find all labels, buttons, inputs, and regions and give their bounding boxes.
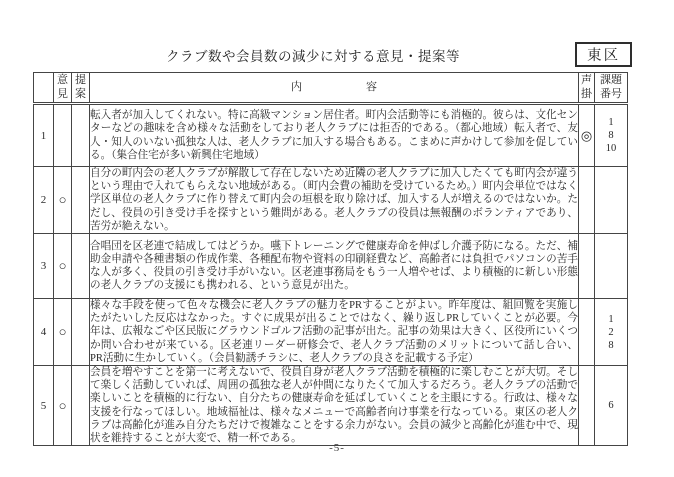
opinion-mark-cell: ○ [54,299,72,366]
row-number-cell: 4 [34,299,54,366]
proposal-mark-cell [72,299,90,366]
koekake-mark-cell: ◎ [579,104,595,167]
issue-number-cell: 1 8 10 [595,104,628,167]
document-page: { "page": { "title": "クラブ数や会員数の減少に対する意見・… [0,0,674,477]
col-header-issue-number: 課題番号 [595,73,628,104]
proposal-mark-cell [72,234,90,299]
col-header-content-label: 内容 [227,81,441,94]
content-cell: 会員を増やすことを第一に考えないで、役員自身が老人クラブ活動を積極的に楽しむこと… [90,366,579,446]
col-header-issue-number-label: 課題番号 [599,74,622,100]
proposal-mark-cell [72,167,90,234]
table-row: 1 転入者が加入してくれない。特に高級マンション居住者。町内会活動等にも消極的。… [34,104,628,167]
issue-number-cell: 1 2 8 [595,299,628,366]
header-row: 意見 提案 内容 声掛 課題番号 [34,73,628,104]
row-number-cell: 5 [34,366,54,446]
col-header-koekake-label: 声掛 [581,74,593,100]
table-row: 3 ○ 合唱団を区老連で結成してはどうか。嚥下トレーニングで健康寿命を伸ばし介護… [34,234,628,299]
row-number-cell: 1 [34,104,54,167]
proposal-mark-cell [72,366,90,446]
row-number-cell: 2 [34,167,54,234]
page-number: -5- [0,442,674,454]
content-cell: 転入者が加入してくれない。特に高級マンション居住者。町内会活動等にも消極的。彼ら… [90,104,579,167]
koekake-mark-cell [579,299,595,366]
issue-number-cell [595,234,628,299]
table-row: 4 ○ 様々な手段を使って色々な機会に老人クラブの魅力をPRすることがよい。昨年… [34,299,628,366]
ward-label-box: 東区 [575,42,632,67]
content-cell: 自分の町内会の老人クラブが解散して存在しないため近隣の老人クラブに加入したくても… [90,167,579,234]
table-row: 2 ○ 自分の町内会の老人クラブが解散して存在しないため近隣の老人クラブに加入し… [34,167,628,234]
issue-number-cell [595,167,628,234]
row-number-cell: 3 [34,234,54,299]
koekake-mark-cell [579,167,595,234]
opinions-table: 意見 提案 内容 声掛 課題番号 1 転入者が加入してくれない。特に高級マンショ… [33,72,628,446]
col-header-proposal: 提案 [72,73,90,104]
opinion-mark-cell [54,104,72,167]
proposal-mark-cell [72,104,90,167]
table-row: 5 ○ 会員を増やすことを第一に考えないで、役員自身が老人クラブ活動を積極的に楽… [34,366,628,446]
opinion-mark-cell: ○ [54,366,72,446]
koekake-mark-cell [579,234,595,299]
opinion-mark-cell: ○ [54,234,72,299]
page-title: クラブ数や会員数の減少に対する意見・提案等 [33,45,593,65]
col-header-proposal-label: 提案 [75,74,87,100]
content-cell: 合唱団を区老連で結成してはどうか。嚥下トレーニングで健康寿命を伸ばし介護予防にな… [90,234,579,299]
col-header-opinion-label: 意見 [57,74,69,100]
opinion-mark-cell: ○ [54,167,72,234]
content-cell: 様々な手段を使って色々な機会に老人クラブの魅力をPRすることがよい。昨年度は、組… [90,299,579,366]
issue-number-cell: 6 [595,366,628,446]
col-header-koekake: 声掛 [579,73,595,104]
ward-label: 東区 [587,44,620,65]
col-header-opinion: 意見 [54,73,72,104]
koekake-mark-cell [579,366,595,446]
col-header-number [34,73,54,104]
col-header-content: 内容 [90,73,579,104]
